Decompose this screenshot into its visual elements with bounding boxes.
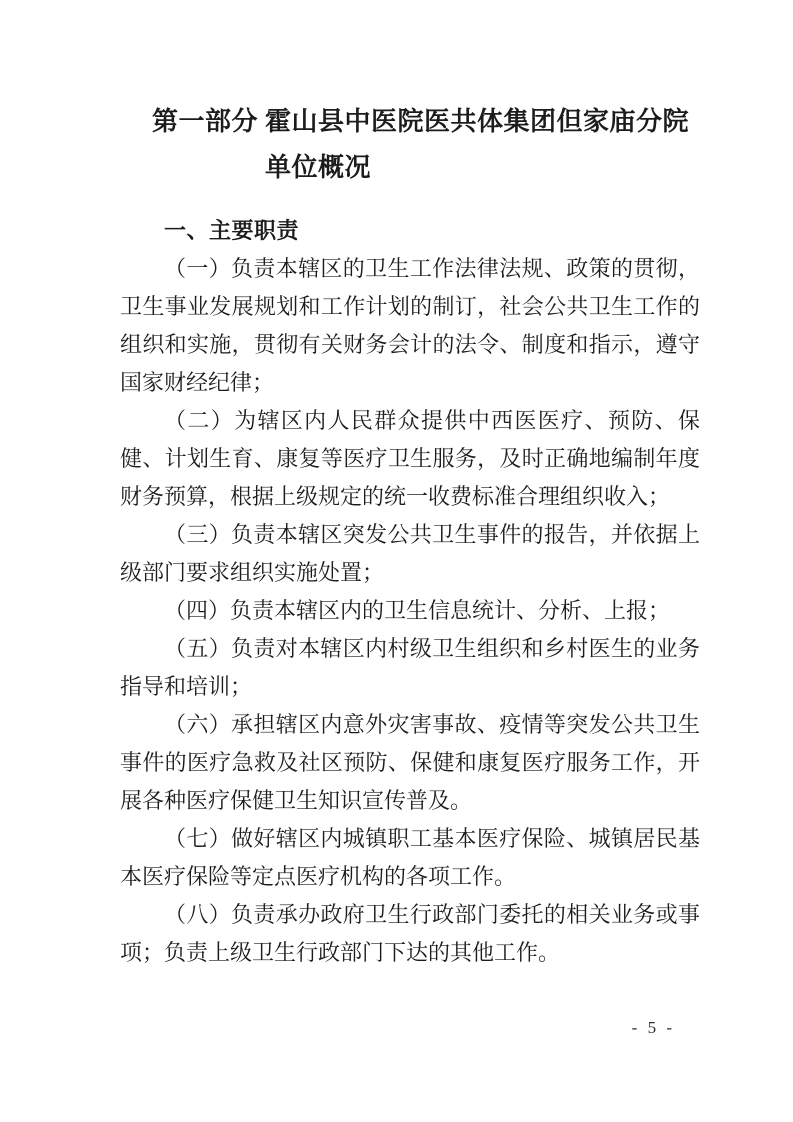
document-body: 一、主要职责 （一）负责本辖区的卫生工作法律法规、政策的贯彻，卫生事业发展规划和…	[120, 212, 700, 972]
paragraph-3: （三）负责本辖区突发公共卫生事件的报告，并依据上级部门要求组织实施处置；	[120, 516, 700, 592]
paragraph-6: （六）承担辖区内意外灾害事故、疫情等突发公共卫生事件的医疗急救及社区预防、保健和…	[120, 706, 700, 820]
paragraph-8: （八）负责承办政府卫生行政部门委托的相关业务或事项；负责上级卫生行政部门下达的其…	[120, 896, 700, 972]
document-title: 第一部分 霍山县中医院医共体集团但家庙分院 单位概况	[152, 99, 712, 191]
paragraph-2: （二）为辖区内人民群众提供中西医医疗、预防、保健、计划生育、康复等医疗卫生服务，…	[120, 402, 700, 516]
paragraph-5: （五）负责对本辖区内村级卫生组织和乡村医生的业务指导和培训；	[120, 630, 700, 706]
paragraph-1: （一）负责本辖区的卫生工作法律法规、政策的贯彻，卫生事业发展规划和工作计划的制订…	[120, 250, 700, 402]
section-heading: 一、主要职责	[120, 212, 700, 250]
document-title-line1: 第一部分 霍山县中医院医共体集团但家庙分院	[152, 99, 712, 145]
page-number: - 5 -	[632, 1018, 675, 1038]
document-page: 第一部分 霍山县中医院医共体集团但家庙分院 单位概况 一、主要职责 （一）负责本…	[0, 0, 793, 1122]
paragraph-4: （四）负责本辖区内的卫生信息统计、分析、上报；	[120, 592, 700, 630]
document-title-line2: 单位概况	[265, 145, 712, 191]
paragraph-7: （七）做好辖区内城镇职工基本医疗保险、城镇居民基本医疗保险等定点医疗机构的各项工…	[120, 820, 700, 896]
